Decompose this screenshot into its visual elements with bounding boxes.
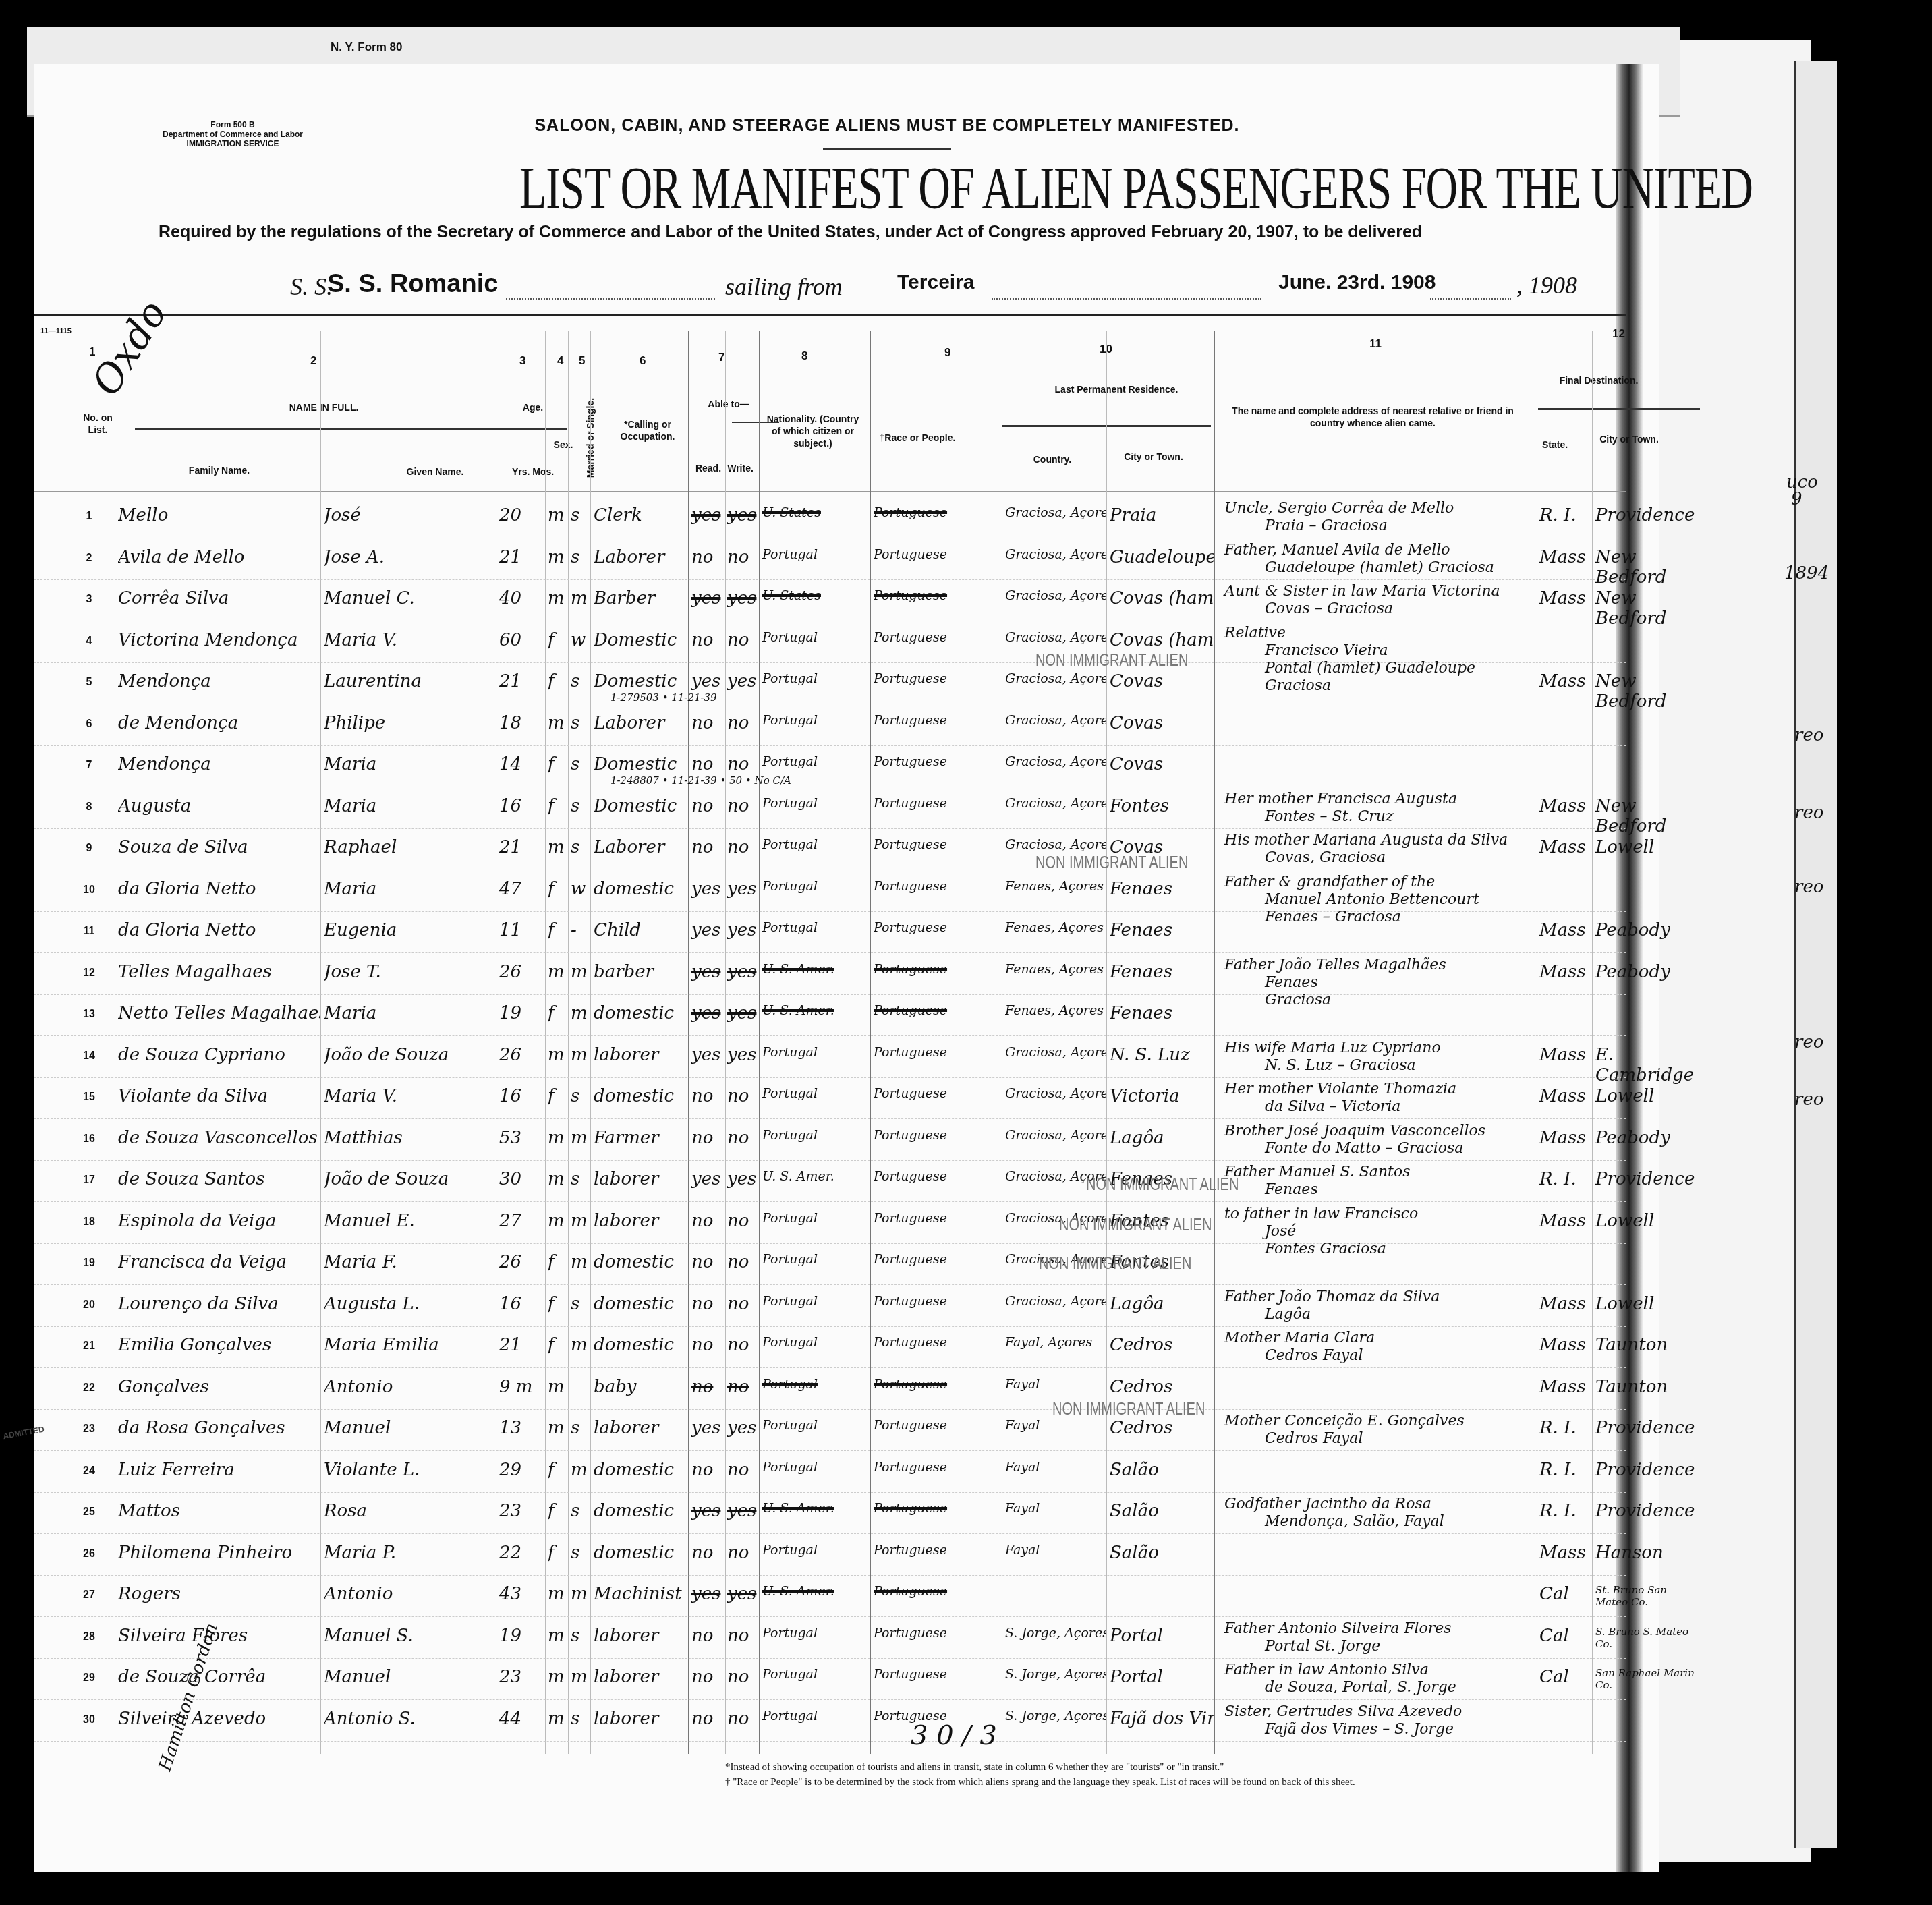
sex-cell: m bbox=[548, 1626, 568, 1646]
relative-entry: Father Manuel S. SantosFenaes bbox=[1224, 1164, 1410, 1199]
write-cell: no bbox=[727, 1252, 760, 1272]
relative-line: Pontal (hamlet) Guadeloupe bbox=[1224, 660, 1475, 677]
marital-status-cell: m bbox=[571, 1584, 591, 1604]
col-number-5: 5 bbox=[579, 354, 585, 368]
age-cell: 16 bbox=[499, 1086, 543, 1106]
sex-cell: f bbox=[548, 1460, 568, 1480]
sex-cell: m bbox=[548, 1709, 568, 1729]
marital-status-cell: m bbox=[571, 1335, 591, 1355]
nationality-cell: Portugal bbox=[762, 1045, 870, 1060]
write-cell: yes bbox=[727, 588, 760, 608]
read-cell: no bbox=[691, 1377, 725, 1397]
residence-country-cell: Graciosa, Açores bbox=[1005, 837, 1106, 852]
residence-country-cell: Fayal bbox=[1005, 1418, 1106, 1433]
relative-entry: Uncle, Sergio Corrêa de MelloPraia – Gra… bbox=[1224, 500, 1454, 535]
write-cell: no bbox=[727, 1626, 760, 1646]
marital-status-cell: s bbox=[571, 837, 591, 857]
write-cell: no bbox=[727, 754, 760, 774]
destination-city: Peabody bbox=[1595, 1128, 1670, 1148]
header-family-name: Family Name. bbox=[169, 464, 270, 476]
footnote-race: † "Race or People" is to be determined b… bbox=[725, 1777, 1355, 1788]
race-cell: Portuguese bbox=[874, 1377, 1002, 1392]
occupation-cell: laborer bbox=[594, 1667, 688, 1687]
family-name-cell: Souza de Silva bbox=[118, 837, 320, 857]
occupation-cell: laborer bbox=[594, 1418, 688, 1438]
given-name-cell: Manuel E. bbox=[324, 1211, 496, 1231]
table-row: 22GonçalvesAntonio9 mmbabynonoPortugalPo… bbox=[34, 1367, 1626, 1410]
read-cell: no bbox=[691, 1709, 725, 1729]
sex-cell: f bbox=[548, 1086, 568, 1106]
race-cell: Portuguese bbox=[874, 1294, 1002, 1309]
destination-state: Mass bbox=[1539, 837, 1586, 857]
age-cell: 21 bbox=[499, 671, 543, 691]
race-cell: Portuguese bbox=[874, 1086, 1002, 1101]
sex-cell: m bbox=[548, 1211, 568, 1231]
write-cell: yes bbox=[727, 1584, 760, 1604]
nationality-cell: Portugal bbox=[762, 920, 870, 935]
relative-line: Father Antonio Silveira Flores bbox=[1224, 1620, 1452, 1638]
banner-text: SALOON, CABIN, AND STEERAGE ALIENS MUST … bbox=[415, 116, 1359, 136]
age-cell: 19 bbox=[499, 1626, 543, 1646]
destination-state: Mass bbox=[1539, 1335, 1586, 1355]
row-number: 7 bbox=[76, 760, 103, 772]
header-residence-city: City or Town. bbox=[1116, 451, 1191, 463]
destination-state: Mass bbox=[1539, 1377, 1586, 1397]
destination-state: R. I. bbox=[1539, 1169, 1576, 1189]
age-cell: 21 bbox=[499, 1335, 543, 1355]
race-cell: Portuguese bbox=[874, 1667, 1002, 1682]
row-number: 29 bbox=[76, 1672, 103, 1684]
age-cell: 29 bbox=[499, 1460, 543, 1480]
sailing-date: June. 23rd. 1908 bbox=[1278, 271, 1436, 294]
marital-status-cell: w bbox=[571, 879, 591, 899]
header-read: Read. bbox=[695, 462, 722, 474]
read-cell: no bbox=[691, 837, 725, 857]
header-age: Age. bbox=[513, 401, 553, 414]
destination-city: Providence bbox=[1595, 1460, 1695, 1480]
residence-city-cell: Cedros bbox=[1110, 1377, 1214, 1397]
table-row: 6de MendonçaPhilipe18msLaborernonoPortug… bbox=[34, 704, 1626, 746]
relative-line: Father João Thomaz da Silva bbox=[1224, 1288, 1440, 1306]
relative-line: to father in law Francisco bbox=[1224, 1205, 1418, 1223]
occupation-cell: domestic bbox=[594, 1335, 688, 1355]
occupation-cell: laborer bbox=[594, 1211, 688, 1231]
relative-line: Fonte do Matto – Graciosa bbox=[1224, 1140, 1485, 1158]
read-cell: no bbox=[691, 1335, 725, 1355]
given-name-cell: Augusta L. bbox=[324, 1294, 496, 1314]
relative-line: Cedros Fayal bbox=[1224, 1430, 1465, 1448]
nationality-cell: Portugal bbox=[762, 547, 870, 562]
race-cell: Portuguese bbox=[874, 1418, 1002, 1433]
relative-line: Brother José Joaquim Vasconcellos bbox=[1224, 1122, 1485, 1140]
destination-state: Mass bbox=[1539, 1211, 1586, 1231]
given-name-cell: Manuel bbox=[324, 1418, 496, 1438]
read-cell: yes bbox=[691, 879, 725, 899]
destination-state: R. I. bbox=[1539, 1418, 1576, 1438]
residence-city-cell: Portal bbox=[1110, 1626, 1214, 1646]
marital-status-cell: s bbox=[571, 1294, 591, 1314]
sex-cell: m bbox=[548, 837, 568, 857]
nationality-cell: U. S. Amer. bbox=[762, 1169, 870, 1184]
destination-city: New Bedford bbox=[1595, 796, 1697, 836]
row-number: 14 bbox=[76, 1050, 103, 1062]
age-cell: 60 bbox=[499, 630, 543, 650]
row-number: 11 bbox=[76, 926, 103, 938]
age-cell: 22 bbox=[499, 1543, 543, 1563]
destination-state: R. I. bbox=[1539, 1460, 1576, 1480]
relative-line: Francisco Vieira bbox=[1224, 642, 1475, 660]
nationality-cell: U. S. Amer. bbox=[762, 1584, 870, 1599]
marital-status-cell: m bbox=[571, 588, 591, 608]
relative-line: Father, Manuel Avila de Mello bbox=[1224, 542, 1494, 559]
destination-city: Lowell bbox=[1595, 837, 1654, 857]
occupation-cell: domestic bbox=[594, 1543, 688, 1563]
destination-state: R. I. bbox=[1539, 1501, 1576, 1521]
given-name-cell: Maria F. bbox=[324, 1252, 496, 1272]
residence-city-cell: Portal bbox=[1110, 1667, 1214, 1687]
destination-state: Mass bbox=[1539, 1045, 1586, 1065]
relative-line: Guadeloupe (hamlet) Graciosa bbox=[1224, 559, 1494, 577]
occupation-cell: Clerk bbox=[594, 505, 688, 525]
nationality-cell: Portugal bbox=[762, 630, 870, 645]
marital-status-cell: s bbox=[571, 1626, 591, 1646]
margin-note: 9 bbox=[1791, 489, 1802, 509]
occupation-cell: Laborer bbox=[594, 713, 688, 733]
age-cell: 19 bbox=[499, 1003, 543, 1023]
residence-city-cell: Cedros bbox=[1110, 1418, 1214, 1438]
nationality-cell: Portugal bbox=[762, 713, 870, 728]
residence-country-cell: Fayal bbox=[1005, 1543, 1106, 1558]
sex-cell: m bbox=[548, 713, 568, 733]
nationality-cell: U. S. Amer. bbox=[762, 1003, 870, 1018]
header-able-to: Able to— bbox=[702, 398, 756, 410]
given-name-cell: Antonio S. bbox=[324, 1709, 496, 1729]
destination-city: Peabody bbox=[1595, 962, 1670, 982]
residence-city-cell: Salão bbox=[1110, 1543, 1214, 1563]
destination-city: New Bedford bbox=[1595, 547, 1697, 588]
relative-line: Father & grandfather of the bbox=[1224, 874, 1479, 891]
col-number-4: 4 bbox=[557, 354, 563, 368]
marital-status-cell: s bbox=[571, 1501, 591, 1521]
residence-city-cell: Lagôa bbox=[1110, 1128, 1214, 1148]
relative-line: Fenaes – Graciosa bbox=[1224, 909, 1479, 926]
relative-entry: RelativeFrancisco VieiraPontal (hamlet) … bbox=[1224, 625, 1475, 695]
race-cell: Portuguese bbox=[874, 713, 1002, 728]
residence-country-cell: Fayal, Açores bbox=[1005, 1335, 1106, 1350]
write-cell: no bbox=[727, 1335, 760, 1355]
write-cell: no bbox=[727, 1543, 760, 1563]
family-name-cell: Victorina Mendonça bbox=[118, 630, 320, 650]
occupation-cell: domestic bbox=[594, 1294, 688, 1314]
destination-city: Providence bbox=[1595, 1169, 1695, 1189]
destination-state: Mass bbox=[1539, 962, 1586, 982]
destination-city: San Raphael Marin Co. bbox=[1595, 1667, 1697, 1691]
write-cell: no bbox=[727, 1294, 760, 1314]
relative-line: Uncle, Sergio Corrêa de Mello bbox=[1224, 500, 1454, 517]
residence-country-cell: Graciosa, Açores bbox=[1005, 1294, 1106, 1309]
race-cell: Portuguese bbox=[874, 962, 1002, 977]
write-cell: no bbox=[727, 1667, 760, 1687]
marital-status-cell: m bbox=[571, 962, 591, 982]
residence-country-cell: Fayal bbox=[1005, 1377, 1106, 1392]
header-race: †Race or People. bbox=[877, 432, 958, 444]
destination-city: New Bedford bbox=[1595, 671, 1697, 712]
destination-state: Mass bbox=[1539, 1543, 1586, 1563]
relative-line: Fajã dos Vimes – S. Jorge bbox=[1224, 1721, 1462, 1738]
sex-cell: m bbox=[548, 1667, 568, 1687]
marital-status-cell: - bbox=[571, 920, 591, 940]
destination-state: Cal bbox=[1539, 1667, 1569, 1687]
read-cell: no bbox=[691, 1211, 725, 1231]
residence-country-cell: Fayal bbox=[1005, 1460, 1106, 1475]
occupation-cell: domestic bbox=[594, 1460, 688, 1480]
given-name-cell: Violante L. bbox=[324, 1460, 496, 1480]
family-name-cell: de Mendonça bbox=[118, 713, 320, 733]
destination-city: Lowell bbox=[1595, 1294, 1654, 1314]
race-cell: Portuguese bbox=[874, 1252, 1002, 1267]
destination-state: Mass bbox=[1539, 1086, 1586, 1106]
read-cell: no bbox=[691, 713, 725, 733]
marital-status-cell: s bbox=[571, 1418, 591, 1438]
residence-country-cell: Graciosa, Açores bbox=[1005, 1086, 1106, 1101]
marital-status-cell: m bbox=[571, 1045, 591, 1065]
ny-form-number: N. Y. Form 80 bbox=[331, 40, 402, 54]
sex-cell: m bbox=[548, 505, 568, 525]
regulation-line: Required by the regulations of the Secre… bbox=[159, 223, 1422, 242]
occupation-cell: domestic bbox=[594, 1501, 688, 1521]
family-name-cell: Espinola da Veiga bbox=[118, 1211, 320, 1231]
residence-country-cell: Fenaes, Açores bbox=[1005, 920, 1106, 935]
family-name-cell: Violante da Silva bbox=[118, 1086, 320, 1106]
sex-cell: m bbox=[548, 1584, 568, 1604]
row-number: 6 bbox=[76, 718, 103, 731]
row-number: 18 bbox=[76, 1216, 103, 1228]
sex-cell: f bbox=[548, 1501, 568, 1521]
row-number: 2 bbox=[76, 552, 103, 565]
write-cell: no bbox=[727, 630, 760, 650]
sex-cell: f bbox=[548, 630, 568, 650]
nationality-cell: Portugal bbox=[762, 879, 870, 894]
row-number: 1 bbox=[76, 511, 103, 523]
sex-cell: m bbox=[548, 547, 568, 567]
nationality-cell: Portugal bbox=[762, 1128, 870, 1143]
age-cell: 43 bbox=[499, 1584, 543, 1604]
header-relative: The name and complete address of nearest… bbox=[1228, 405, 1518, 429]
relative-line: Aunt & Sister in law Maria Victorina bbox=[1224, 583, 1500, 600]
col-number-3: 3 bbox=[519, 354, 525, 368]
residence-city-cell: Covas bbox=[1110, 713, 1214, 733]
write-cell: yes bbox=[727, 920, 760, 940]
row-number: 26 bbox=[76, 1548, 103, 1560]
occupation-cell: baby bbox=[594, 1377, 688, 1397]
dotted-rule bbox=[1430, 298, 1511, 300]
relative-line: Fenaes bbox=[1224, 974, 1446, 992]
marital-status-cell: m bbox=[571, 1252, 591, 1272]
relative-line: Fontes – St. Cruz bbox=[1224, 808, 1457, 826]
header-bottom-rule bbox=[34, 491, 1626, 492]
row-number: 12 bbox=[76, 967, 103, 979]
race-cell: Portuguese bbox=[874, 796, 1002, 811]
service: IMMIGRATION SERVICE bbox=[152, 139, 314, 148]
relative-entry: Her mother Francisca AugustaFontes – St.… bbox=[1224, 791, 1457, 826]
write-cell: no bbox=[727, 1377, 760, 1397]
relative-line: N. S. Luz – Graciosa bbox=[1224, 1057, 1441, 1075]
non-immigrant-stamp: NON IMMIGRANT ALIEN bbox=[1035, 853, 1188, 874]
residence-city-cell: Cedros bbox=[1110, 1335, 1214, 1355]
sex-cell: m bbox=[548, 962, 568, 982]
race-cell: Portuguese bbox=[874, 671, 1002, 686]
read-cell: no bbox=[691, 547, 725, 567]
relative-line: Fontes Graciosa bbox=[1224, 1241, 1418, 1258]
given-name-cell: Maria Emilia bbox=[324, 1335, 496, 1355]
page-title: LIST OR MANIFEST OF ALIEN PASSENGERS FOR… bbox=[519, 154, 1700, 223]
header-nationality: Nationality. (Country of which citizen o… bbox=[762, 413, 863, 449]
relative-entry: Her mother Violante Thomaziada Silva – V… bbox=[1224, 1081, 1456, 1116]
occupation-cell: laborer bbox=[594, 1626, 688, 1646]
residence-city-cell: Covas (hamlet) bbox=[1110, 630, 1214, 650]
age-cell: 14 bbox=[499, 754, 543, 774]
given-name-cell: Antonio bbox=[324, 1377, 496, 1397]
age-cell: 23 bbox=[499, 1501, 543, 1521]
marital-status-cell: s bbox=[571, 505, 591, 525]
write-cell: yes bbox=[727, 962, 760, 982]
nationality-cell: Portugal bbox=[762, 1709, 870, 1724]
nationality-cell: U. States bbox=[762, 505, 870, 520]
race-cell: Portuguese bbox=[874, 879, 1002, 894]
family-name-cell: de Souza Vasconcellos bbox=[118, 1128, 320, 1148]
header-calling: *Calling or Occupation. bbox=[610, 418, 685, 443]
age-cell: 53 bbox=[499, 1128, 543, 1148]
non-immigrant-stamp: NON IMMIGRANT ALIEN bbox=[1086, 1175, 1239, 1195]
row-number: 23 bbox=[76, 1423, 103, 1435]
relative-entry: His mother Mariana Augusta da SilvaCovas… bbox=[1224, 832, 1508, 867]
sex-cell: m bbox=[548, 1045, 568, 1065]
destination-state: R. I. bbox=[1539, 505, 1576, 525]
col-number-12: 12 bbox=[1612, 327, 1625, 341]
given-name-cell: José bbox=[324, 505, 496, 525]
row-number: 27 bbox=[76, 1589, 103, 1601]
destination-city: Lowell bbox=[1595, 1086, 1654, 1106]
read-cell: no bbox=[691, 754, 725, 774]
residence-city-cell: Fontes bbox=[1110, 796, 1214, 816]
table-row: 24Luiz FerreiraViolante L.29fmdomesticno… bbox=[34, 1450, 1626, 1493]
read-cell: yes bbox=[691, 1169, 725, 1189]
relative-line: Mother Maria Clara bbox=[1224, 1330, 1375, 1347]
relative-line: Cedros Fayal bbox=[1224, 1347, 1375, 1365]
sex-cell: f bbox=[548, 1003, 568, 1023]
marital-status-cell: s bbox=[571, 1086, 591, 1106]
given-name-cell: Maria bbox=[324, 1003, 496, 1023]
destination-city: Taunton bbox=[1595, 1377, 1668, 1397]
residence-country-cell: S. Jorge, Açores bbox=[1005, 1626, 1106, 1641]
given-name-cell: Manuel C. bbox=[324, 588, 496, 608]
tally-mark: 3 0 / 3 bbox=[911, 1720, 997, 1751]
sex-cell: f bbox=[548, 1543, 568, 1563]
sex-cell: f bbox=[548, 1294, 568, 1314]
destination-city: Hanson bbox=[1595, 1543, 1664, 1563]
relative-line: Graciosa bbox=[1224, 677, 1475, 695]
marital-status-cell: m bbox=[571, 1211, 591, 1231]
residence-country-cell: Graciosa, Açores bbox=[1005, 754, 1106, 769]
destination-state: Cal bbox=[1539, 1584, 1569, 1604]
header-rule bbox=[34, 314, 1626, 316]
family-name-cell: de Souza Santos bbox=[118, 1169, 320, 1189]
family-name-cell: da Gloria Netto bbox=[118, 879, 320, 899]
row-number: 9 bbox=[76, 843, 103, 855]
relative-line: Father Manuel S. Santos bbox=[1224, 1164, 1410, 1181]
age-cell: 30 bbox=[499, 1169, 543, 1189]
residence-country-cell: Graciosa, Açores bbox=[1005, 1045, 1106, 1060]
relative-line: Portal St. Jorge bbox=[1224, 1638, 1452, 1655]
margin-note: reo bbox=[1794, 1089, 1823, 1110]
occupation-cell: laborer bbox=[594, 1709, 688, 1729]
given-name-cell: Jose A. bbox=[324, 547, 496, 567]
nationality-cell: U. S. Amer. bbox=[762, 962, 870, 977]
residence-country-cell: Fenaes, Açores bbox=[1005, 879, 1106, 894]
occupation-cell: Domestic bbox=[594, 630, 688, 650]
form-block: Form 500 B Department of Commerce and La… bbox=[152, 120, 314, 148]
family-name-cell: Luiz Ferreira bbox=[118, 1460, 320, 1480]
relative-entry: Brother José Joaquim VasconcellosFonte d… bbox=[1224, 1122, 1485, 1158]
race-cell: Portuguese bbox=[874, 1003, 1002, 1018]
col-number-8: 8 bbox=[801, 349, 807, 363]
age-cell: 40 bbox=[499, 588, 543, 608]
age-cell: 26 bbox=[499, 1252, 543, 1272]
relative-entry: Father João Thomaz da SilvaLagôa bbox=[1224, 1288, 1440, 1324]
write-cell: yes bbox=[727, 1418, 760, 1438]
row-number: 10 bbox=[76, 884, 103, 897]
nationality-cell: Portugal bbox=[762, 1086, 870, 1101]
footnote-occupation: *Instead of showing occupation of touris… bbox=[725, 1762, 1224, 1773]
given-name-cell: Maria bbox=[324, 754, 496, 774]
nationality-cell: Portugal bbox=[762, 671, 870, 686]
read-cell: yes bbox=[691, 1501, 725, 1521]
read-cell: yes bbox=[691, 1045, 725, 1065]
header-given-name: Given Name. bbox=[385, 465, 486, 478]
age-cell: 16 bbox=[499, 796, 543, 816]
relative-line: His mother Mariana Augusta da Silva bbox=[1224, 832, 1508, 849]
residence-city-cell: Fenaes bbox=[1110, 962, 1214, 982]
relative-line: Her mother Violante Thomazia bbox=[1224, 1081, 1456, 1098]
read-cell: yes bbox=[691, 671, 725, 691]
residence-city-cell: Victoria bbox=[1110, 1086, 1214, 1106]
residence-city-cell: Praia bbox=[1110, 505, 1214, 525]
family-name-cell: Lourenço da Silva bbox=[118, 1294, 320, 1314]
read-cell: no bbox=[691, 1460, 725, 1480]
relative-line: Lagôa bbox=[1224, 1306, 1440, 1324]
relative-line: Father João Telles Magalhães bbox=[1224, 957, 1446, 974]
relative-entry: Father Antonio Silveira FloresPortal St.… bbox=[1224, 1620, 1452, 1655]
relative-entry: Mother Conceição E. GonçalvesCedros Faya… bbox=[1224, 1413, 1465, 1448]
write-cell: yes bbox=[727, 1501, 760, 1521]
relative-line: Praia – Graciosa bbox=[1224, 517, 1454, 535]
read-cell: yes bbox=[691, 588, 725, 608]
row-annotation: 1-279503 • 11-21-39 bbox=[610, 691, 717, 704]
relative-line: Mother Conceição E. Gonçalves bbox=[1224, 1413, 1465, 1430]
header-state: State. bbox=[1538, 438, 1572, 451]
destination-city: New Bedford bbox=[1595, 588, 1697, 629]
relative-line: Father in law Antonio Silva bbox=[1224, 1661, 1456, 1679]
occupation-cell: Domestic bbox=[594, 796, 688, 816]
destination-city: E. Cambridge bbox=[1595, 1045, 1697, 1085]
destination-city: Lowell bbox=[1595, 1211, 1654, 1231]
given-name-cell: Rosa bbox=[324, 1501, 496, 1521]
sex-cell: f bbox=[548, 879, 568, 899]
occupation-cell: domestic bbox=[594, 1252, 688, 1272]
read-cell: no bbox=[691, 1626, 725, 1646]
row-number: 19 bbox=[76, 1257, 103, 1270]
relative-entry: Father in law Antonio Silvade Souza, Por… bbox=[1224, 1661, 1456, 1697]
